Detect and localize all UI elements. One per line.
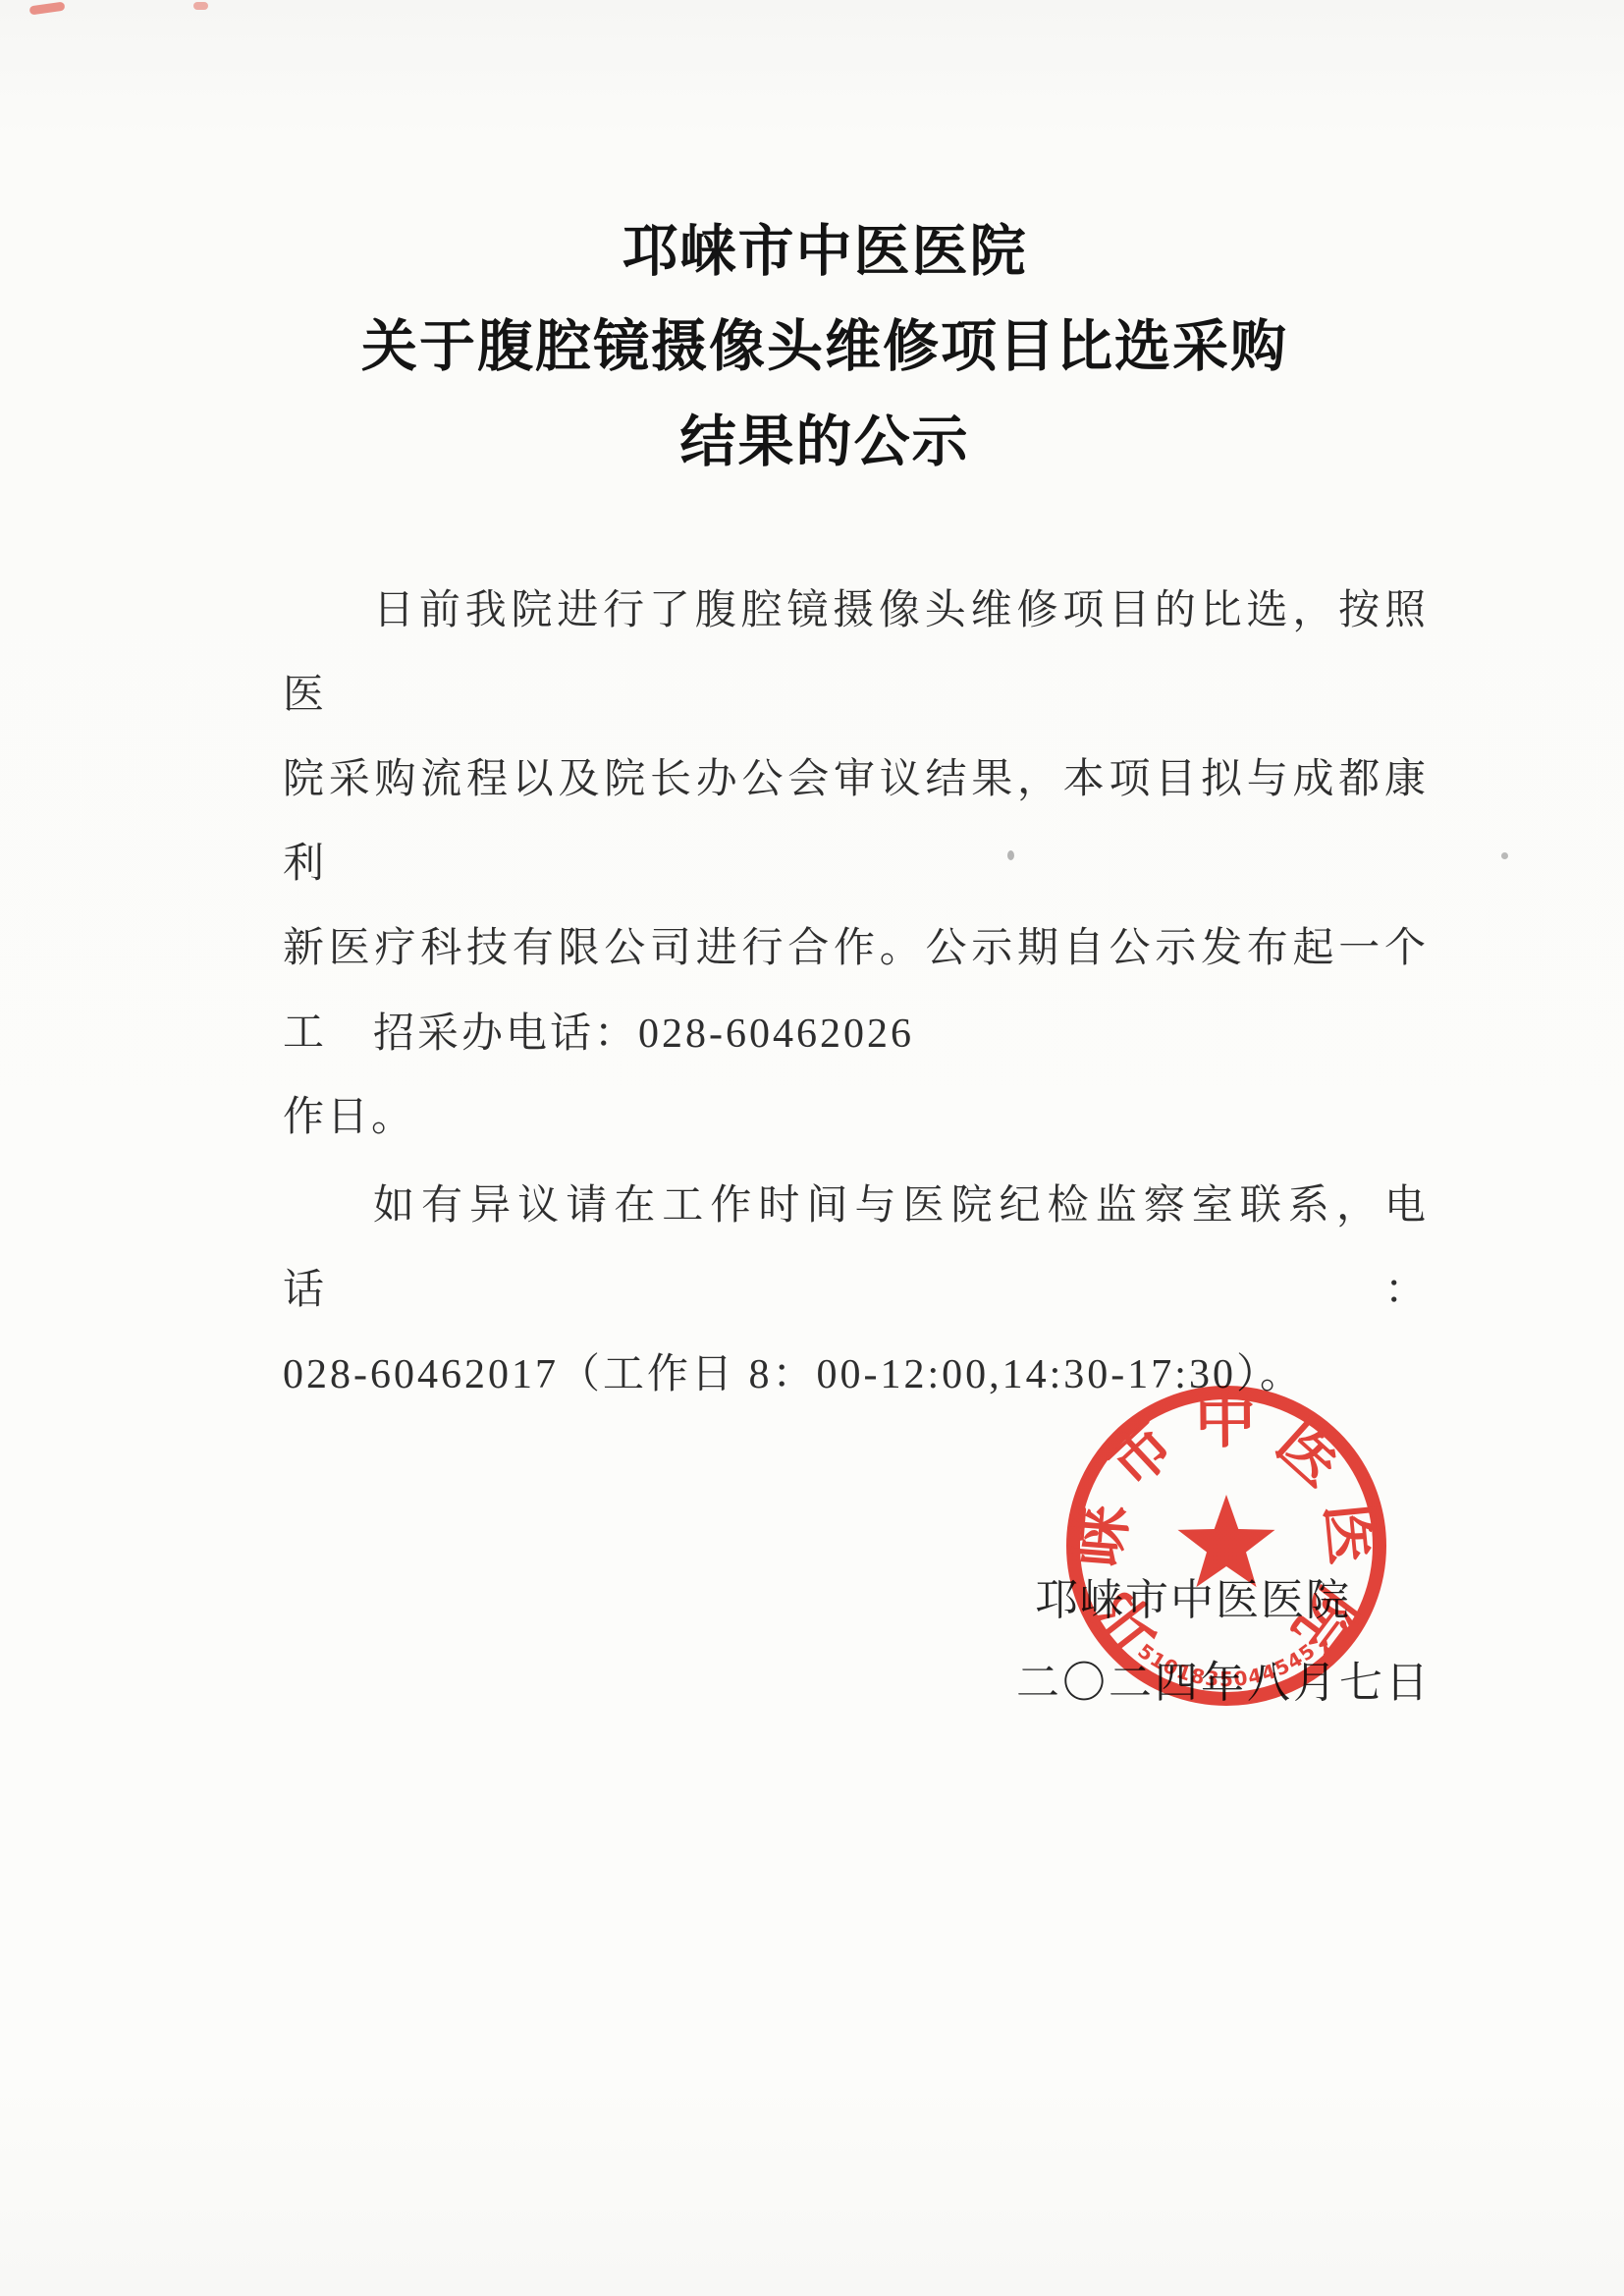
document-page: 邛崃市中医医院 关于腹腔镜摄像头维修项目比选采购 结果的公示 日前我院进行了腹腔… <box>0 0 1624 2296</box>
seal-serial-digit: 3 <box>1204 1667 1219 1691</box>
scan-artifact <box>193 2 208 10</box>
scan-artifact <box>1007 850 1014 860</box>
document-title: 邛崃市中医医院 关于腹腔镜摄像头维修项目比选采购 结果的公示 <box>222 204 1428 490</box>
paragraph-line: 日前我院进行了腹腔镜摄像头维修项目的比选，按照医 <box>283 569 1429 738</box>
seal-ring-char: 崃 <box>1067 1503 1139 1569</box>
seal-serial-digit: 5 <box>1219 1667 1233 1691</box>
title-line-2: 关于腹腔镜摄像头维修项目比选采购 <box>222 300 1428 395</box>
seal-star-icon <box>1178 1495 1275 1587</box>
title-line-1: 邛崃市中医医院 <box>222 204 1428 300</box>
title-line-3: 结果的公示 <box>222 395 1428 490</box>
paragraph-line: 院采购流程以及院长办公会审议结果，本项目拟与成都康利 <box>283 738 1429 906</box>
official-seal: 邛崃市中医医院5101835044545 <box>1050 1369 1403 1722</box>
scan-artifact <box>29 2 66 16</box>
paragraph-line: 如有异议请在工作时间与医院纪检监察室联系，电话： <box>283 1164 1429 1333</box>
paragraph-line: 招采办电话：028-60462026 <box>283 992 1429 1076</box>
procurement-phone-line: 招采办电话：028-60462026 <box>283 992 1429 1076</box>
seal-ring-char: 医 <box>1314 1501 1386 1567</box>
seal-ring-char: 医 <box>1265 1408 1355 1499</box>
seal-ring-char: 市 <box>1097 1410 1187 1501</box>
paragraph-line: 作日。 <box>283 1075 1429 1160</box>
scan-artifact <box>1501 852 1508 859</box>
seal-ring-char: 中 <box>1195 1389 1257 1456</box>
